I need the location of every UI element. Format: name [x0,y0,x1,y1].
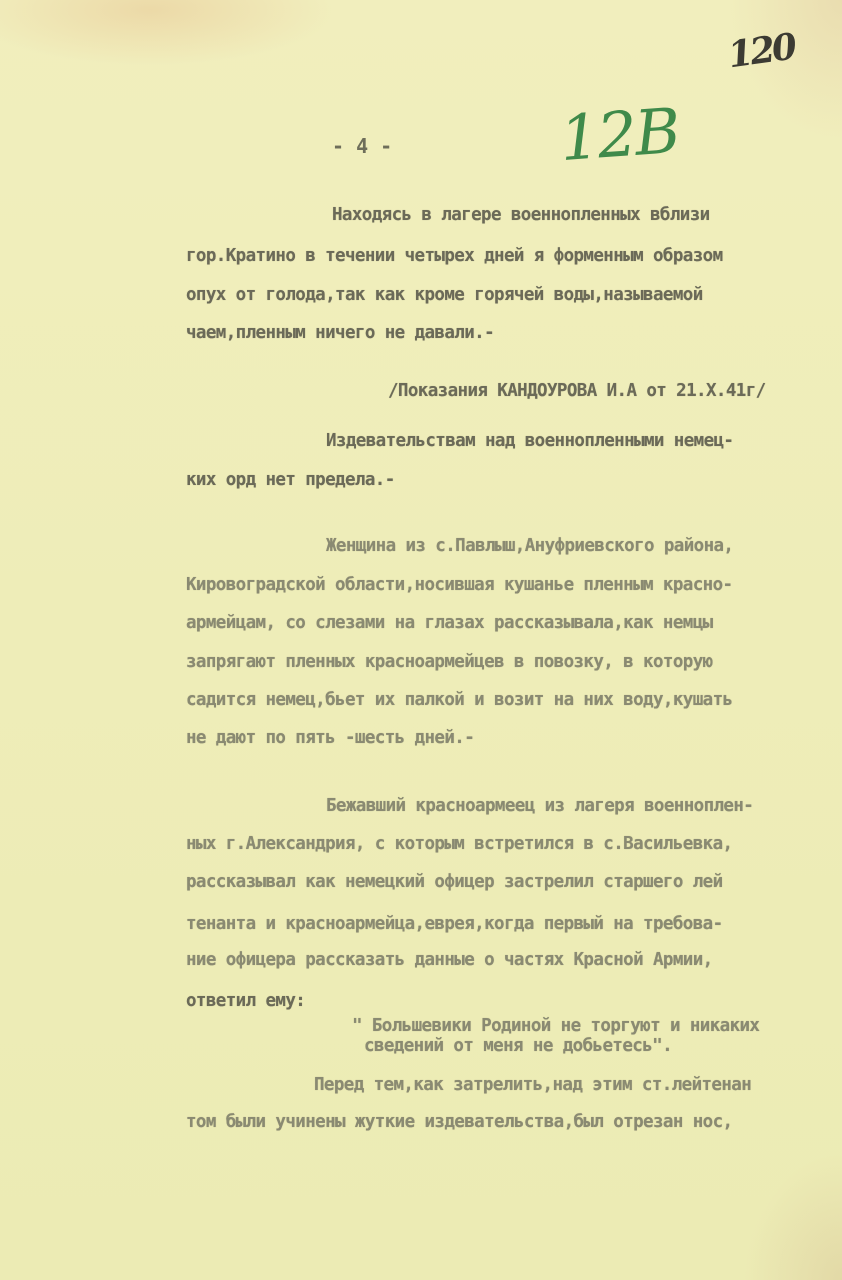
text-line: ных г.Александрия, с которым встретился … [186,834,732,854]
text-line: Кировоградской области,носившая кушанье … [186,575,732,595]
text-line: садится немец,бьет их палкой и возит на … [186,690,732,710]
text-line: ответил ему: [186,991,305,1011]
text-line: гор.Кратино в течении четырех дней я фор… [186,246,723,266]
text-line: Находясь в лагере военнопленных вблизи [332,205,710,225]
text-line: тенанта и красноармейца,еврея,когда перв… [186,914,723,934]
text-line: не дают по пять -шесть дней.- [186,728,474,748]
text-line: Перед тем,как затрелить,над этим ст.лейт… [314,1075,751,1095]
quote-line: сведений от меня не добьетесь". [364,1036,672,1056]
text-line: чаем,пленным ничего не давали.- [186,323,494,343]
text-line: опух от голода,так как кроме горячей вод… [186,285,703,305]
text-line: ние офицера рассказать данные о частях К… [186,950,713,970]
testimony-attribution: /Показания КАНДОУРОВА И.А от 21.Х.41г/ [388,381,766,401]
quote-line: " Большевики Родиной не торгуют и никаки… [352,1016,759,1036]
text-line: Издевательствам над военнопленными немец… [326,431,733,451]
text-line: том были учинены жуткие издевательства,б… [186,1112,732,1132]
text-line: Женщина из с.Павлыш,Ануфриевского района… [326,536,733,556]
text-line: Бежавший красноармеец из лагеря военнопл… [326,796,753,816]
text-line: армейцам, со слезами на глазах рассказыв… [186,613,713,633]
handwritten-archive-number: 120 [725,26,796,77]
page-number: - 4 - [332,134,392,158]
document-page: 120 12В - 4 - Находясь в лагере военнопл… [0,0,842,1280]
text-line: рассказывал как немецкий офицер застрели… [186,872,723,892]
handwritten-green-number: 12В [558,94,681,175]
text-line: запрягают пленных красноармейцев в повоз… [186,652,713,672]
text-line: ких орд нет предела.- [186,470,395,490]
